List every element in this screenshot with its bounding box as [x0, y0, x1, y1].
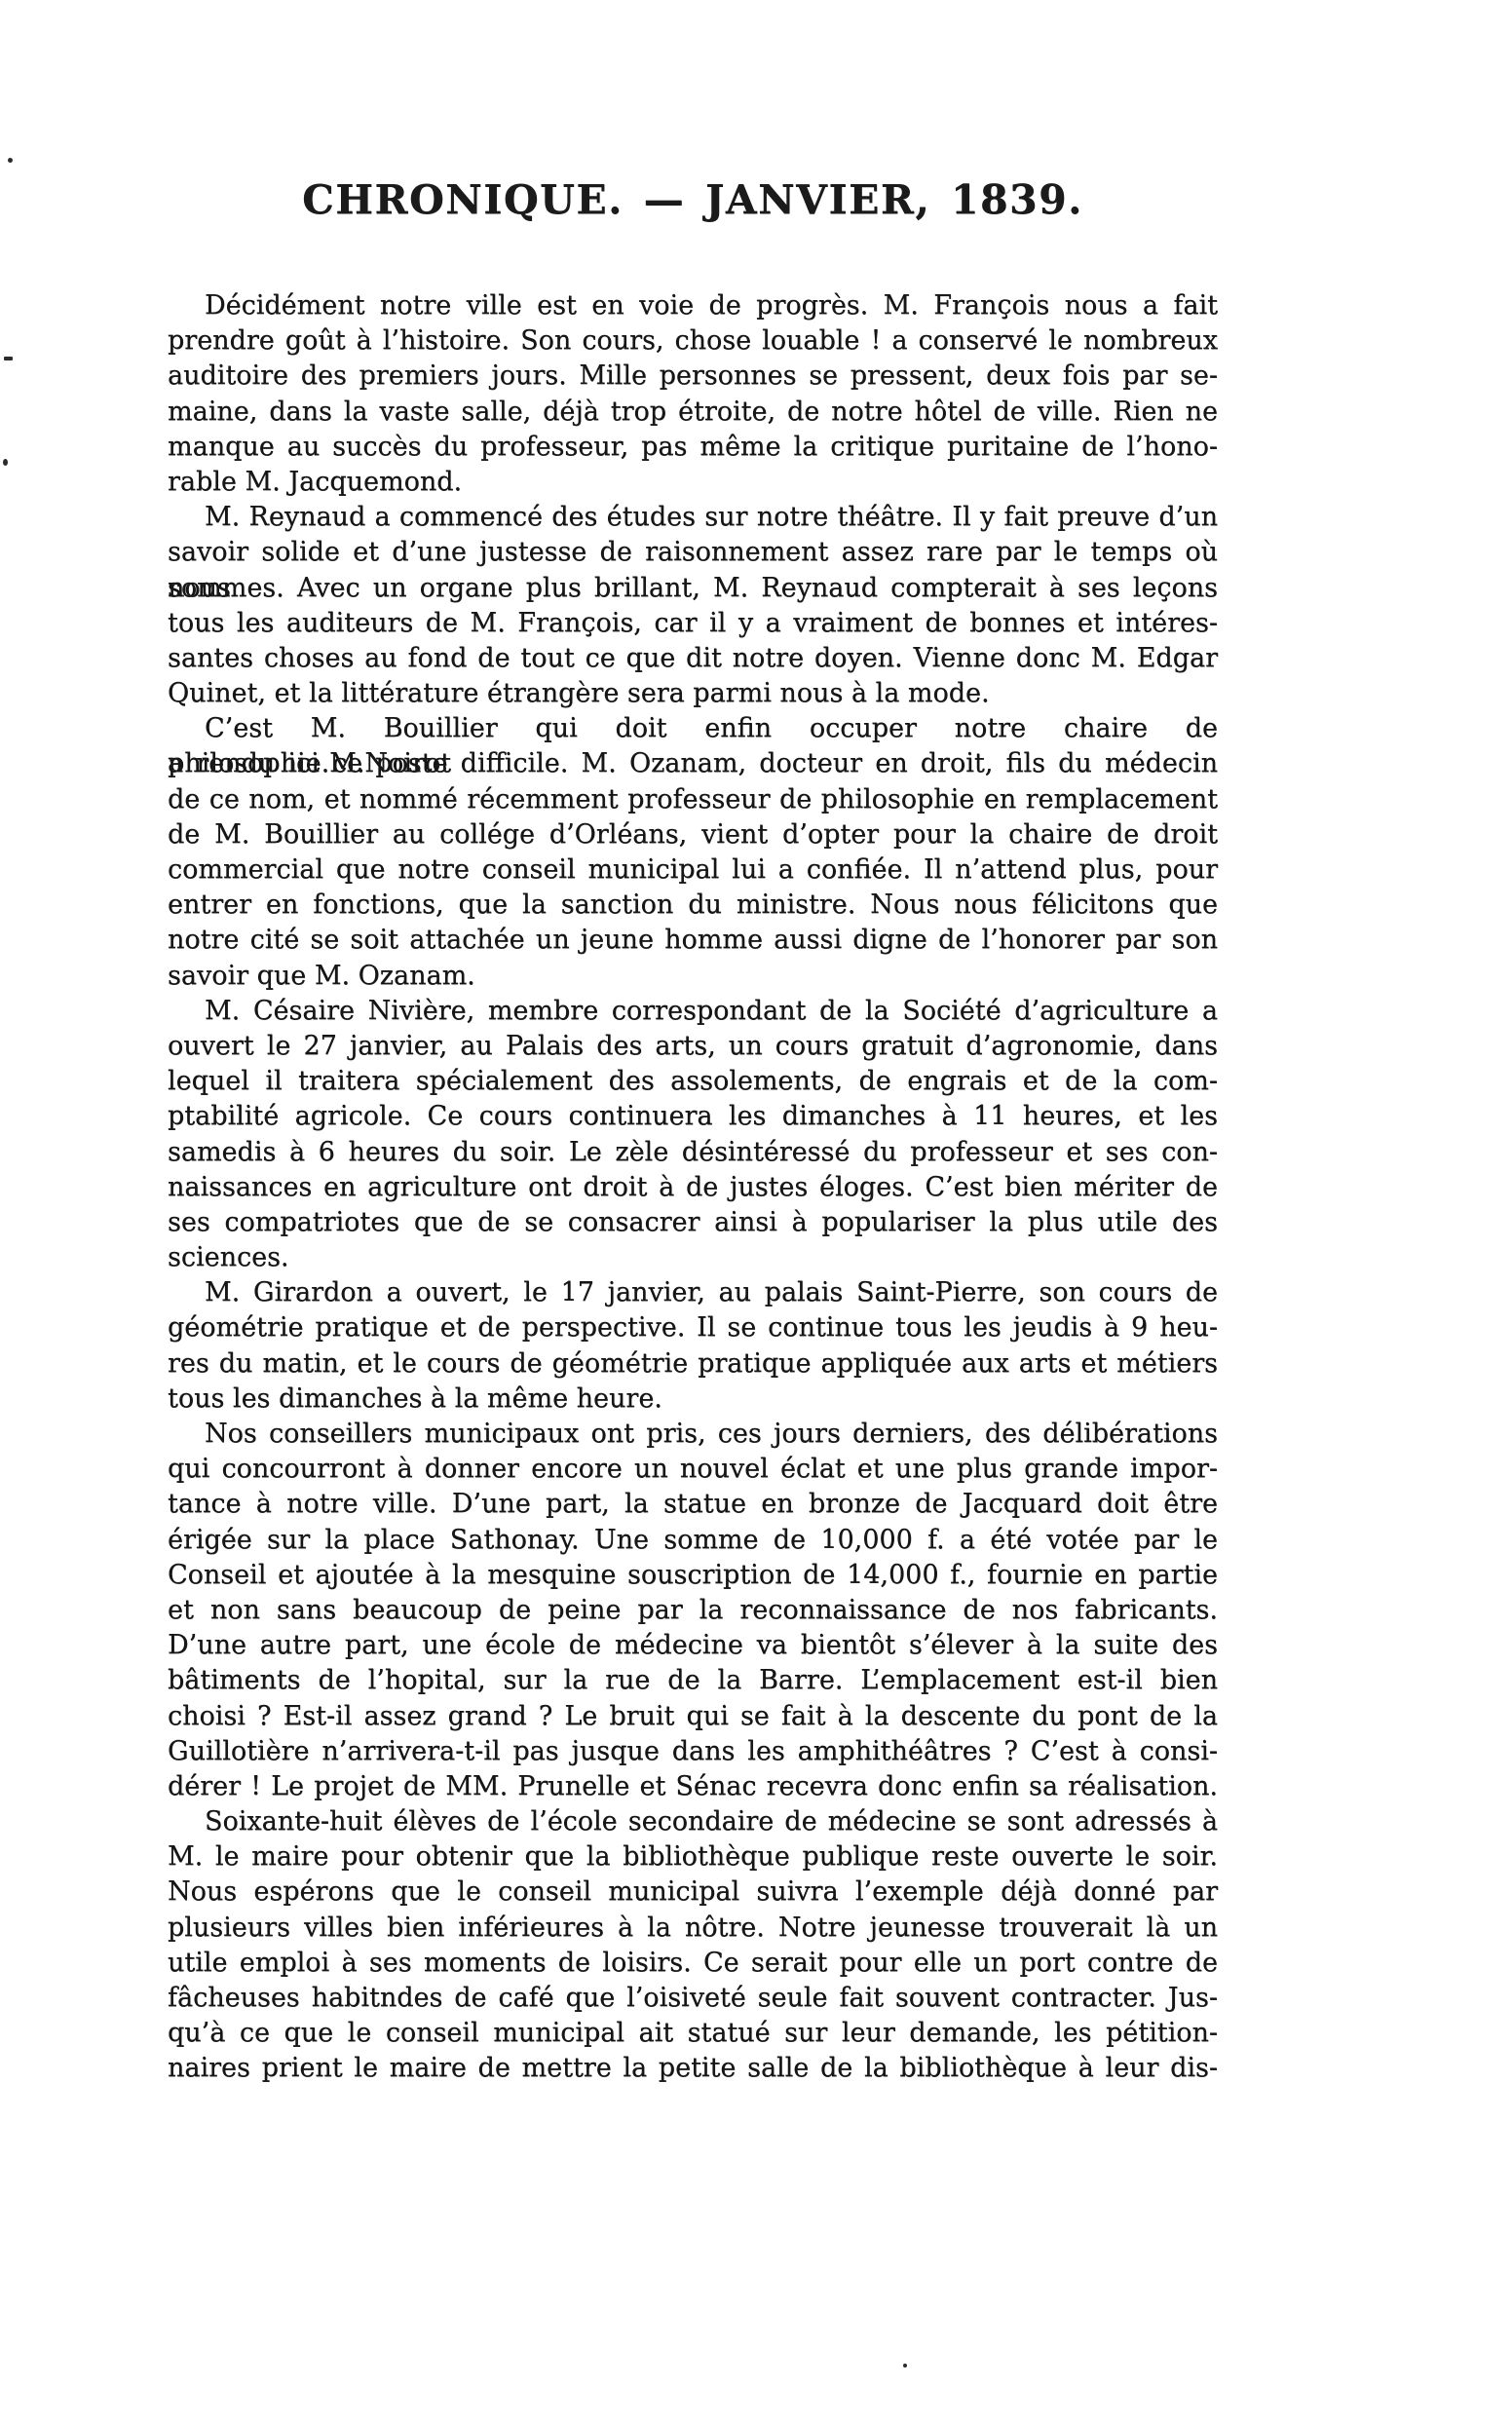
scan-speck: [8, 158, 13, 163]
text-line: érigée sur la place Sathonay. Une somme …: [168, 1523, 1218, 1558]
text-line: et non sans beaucoup de peine par la rec…: [168, 1593, 1218, 1628]
paragraph: Décidément notre ville est en voie de pr…: [168, 288, 1218, 500]
text-line: M. le maire pour obtenir que la biblioth…: [168, 1839, 1218, 1875]
text-line: savoir solide et d’une justesse de raiso…: [168, 535, 1218, 570]
text-line: notre cité se soit attachée un jeune hom…: [168, 923, 1218, 958]
scan-speck: [903, 2364, 907, 2367]
text-line: M. Reynaud a commencé des études sur not…: [168, 500, 1218, 535]
paragraph: Nos conseillers municipaux ont pris, ces…: [168, 1417, 1218, 1804]
paragraph: Soixante-huit élèves de l’école secondai…: [168, 1804, 1218, 2087]
text-line: dérer ! Le projet de MM. Prunelle et Sén…: [168, 1769, 1218, 1804]
text-line: M. Girardon a ouvert, le 17 janvier, au …: [168, 1275, 1218, 1310]
text-line: res du matin, et le cours de géométrie p…: [168, 1346, 1218, 1382]
text-line: géométrie pratique et de perspective. Il…: [168, 1310, 1218, 1345]
text-line: ouvert le 27 janvier, au Palais des arts…: [168, 1029, 1218, 1064]
text-line: choisi ? Est-il assez grand ? Le bruit q…: [168, 1699, 1218, 1734]
text-line: bâtiments de l’hopital, sur la rue de la…: [168, 1663, 1218, 1698]
page-title: CHRONIQUE. — JANVIER, 1839.: [168, 176, 1218, 223]
text-line: Nos conseillers municipaux ont pris, ces…: [168, 1417, 1218, 1452]
text-line: a rendu ici ce poste difficile. M. Ozana…: [168, 746, 1218, 781]
text-line: tous les dimanches à la même heure.: [168, 1382, 1218, 1417]
text-line: M. Césaire Nivière, membre correspondant…: [168, 994, 1218, 1029]
text-line: samedis à 6 heures du soir. Le zèle dési…: [168, 1135, 1218, 1170]
text-line: qu’à ce que le conseil municipal ait sta…: [168, 2016, 1218, 2051]
text-line: tous les auditeurs de M. François, car i…: [168, 606, 1218, 641]
text-line: ptabilité agricole. Ce cours continuera …: [168, 1099, 1218, 1134]
document-body: Décidément notre ville est en voie de pr…: [168, 288, 1218, 2087]
text-line: sciences.: [168, 1240, 1218, 1275]
paragraph: C’est M. Bouillier qui doit enfin occupe…: [168, 711, 1218, 994]
text-line: savoir que M. Ozanam.: [168, 959, 1218, 994]
text-line: fâcheuses habitndes de café que l’oisive…: [168, 1981, 1218, 2016]
text-line: commercial que notre conseil municipal l…: [168, 852, 1218, 888]
text-line: manque au succès du professeur, pas même…: [168, 430, 1218, 465]
scanned-page: CHRONIQUE. — JANVIER, 1839. Décidément n…: [0, 0, 1512, 2424]
text-line: Quinet, et la littérature étrangère sera…: [168, 676, 1218, 711]
paragraph: M. Césaire Nivière, membre correspondant…: [168, 994, 1218, 1276]
text-line: entrer en fonctions, que la sanction du …: [168, 888, 1218, 923]
text-line: C’est M. Bouillier qui doit enfin occupe…: [168, 711, 1218, 746]
text-line: maine, dans la vaste salle, déjà trop ét…: [168, 395, 1218, 430]
paragraph: M. Girardon a ouvert, le 17 janvier, au …: [168, 1275, 1218, 1417]
text-line: naissances en agriculture ont droit à de…: [168, 1170, 1218, 1205]
text-line: Conseil et ajoutée à la mesquine souscri…: [168, 1558, 1218, 1593]
text-line: rable M. Jacquemond.: [168, 465, 1218, 500]
text-line: lequel il traitera spécialement des asso…: [168, 1064, 1218, 1099]
text-line: tance à notre ville. D’une part, la stat…: [168, 1487, 1218, 1522]
text-line: Guillotière n’arrivera-t-il pas jusque d…: [168, 1734, 1218, 1769]
text-line: D’une autre part, une école de médecine …: [168, 1628, 1218, 1663]
text-line: sommes. Avec un organe plus brillant, M.…: [168, 571, 1218, 606]
text-line: utile emploi à ses moments de loisirs. C…: [168, 1946, 1218, 1981]
scan-speck: [4, 357, 13, 360]
text-line: Soixante-huit élèves de l’école secondai…: [168, 1804, 1218, 1839]
text-line: de M. Bouillier au collége d’Orléans, vi…: [168, 817, 1218, 852]
text-line: santes choses au fond de tout ce que dit…: [168, 641, 1218, 676]
text-line: prendre goût à l’histoire. Son cours, ch…: [168, 323, 1218, 359]
text-line: auditoire des premiers jours. Mille pers…: [168, 359, 1218, 394]
paragraph: M. Reynaud a commencé des études sur not…: [168, 500, 1218, 711]
text-line: Nous espérons que le conseil municipal s…: [168, 1875, 1218, 1910]
text-line: plusieurs villes bien inférieures à la n…: [168, 1911, 1218, 1946]
text-line: ses compatriotes que de se consacrer ain…: [168, 1205, 1218, 1240]
text-line: qui concourront à donner encore un nouve…: [168, 1452, 1218, 1487]
text-line: de ce nom, et nommé récemment professeur…: [168, 782, 1218, 817]
text-line: Décidément notre ville est en voie de pr…: [168, 288, 1218, 323]
text-line: naires prient le maire de mettre la peti…: [168, 2051, 1218, 2086]
scan-speck: [3, 459, 8, 466]
